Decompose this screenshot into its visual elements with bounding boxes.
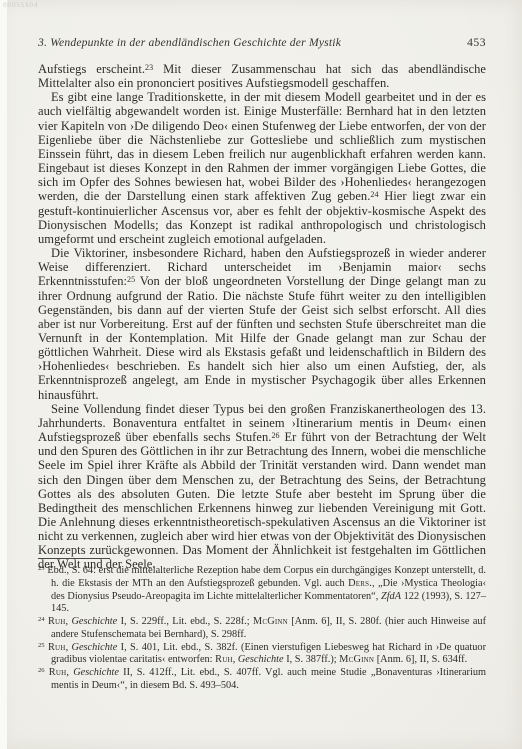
scan-edge-strip: [0, 0, 7, 749]
text-segment: Geschichte: [72, 642, 118, 653]
text-segment: Ruh: [215, 654, 233, 665]
body-text: Aufstiegs erscheint.23 Mit dieser Zusamm…: [38, 62, 486, 572]
text-segment: Es gibt eine lange Traditionskette, in d…: [38, 90, 486, 203]
footnote-number: 25: [38, 642, 45, 649]
text-segment: ZfdA: [381, 591, 401, 602]
text-segment: Ruh: [48, 642, 66, 653]
footnote-number: 24: [38, 616, 45, 623]
text-segment: Aufstiegs erscheint.: [38, 62, 145, 76]
footnote-ref: 24: [370, 190, 378, 199]
scan-id-stamp: 00055604: [3, 2, 38, 9]
footnote-26: 26 Ruh, Geschichte II, S. 412ff., Lit. e…: [38, 667, 486, 693]
footnote-25: 25 Ruh, Geschichte I, S. 401, Lit. ebd.,…: [38, 642, 486, 668]
text-segment: McGinn: [339, 654, 374, 665]
footnote-23: 23 Ebd., S. 64: erst die mittelalterlich…: [38, 565, 486, 616]
paragraph: Es gibt eine lange Traditionskette, in d…: [38, 90, 486, 246]
text-segment: Von der bloß ungeordneten Vorstellung de…: [38, 274, 486, 401]
text-segment: Ders.: [348, 578, 372, 589]
paragraph: Die Viktoriner, insbesondere Richard, ha…: [38, 246, 486, 402]
footnote-area: 23 Ebd., S. 64: erst die mittelalterlich…: [38, 558, 486, 693]
footnote-24: 24 Ruh, Geschichte I, S. 229ff., Lit. eb…: [38, 616, 486, 642]
text-segment: Geschichte: [238, 654, 284, 665]
text-segment: Geschichte: [72, 616, 118, 627]
footnote-separator-rule: [38, 558, 110, 559]
scanned-book-page: 00055604 3. Wendepunkte in der abendländ…: [0, 0, 522, 749]
paragraph: Aufstiegs erscheint.23 Mit dieser Zusamm…: [38, 62, 486, 90]
footnote-ref: 23: [145, 63, 153, 72]
text-segment: I, S. 387ff.);: [284, 654, 340, 665]
footnote-ref: 25: [127, 275, 135, 284]
running-header: 3. Wendepunkte in der abendländischen Ge…: [38, 36, 486, 49]
text-segment: I, S. 229ff., Lit. ebd., S. 228f.;: [117, 616, 253, 627]
page-number: 453: [467, 36, 486, 49]
chapter-title: 3. Wendepunkte in der abendländischen Ge…: [38, 36, 341, 49]
text-segment: Ruh: [48, 616, 66, 627]
footnote-number: 23: [38, 565, 45, 572]
paragraph: Seine Vollendung findet dieser Typus bei…: [38, 402, 486, 572]
text-segment: McGinn: [253, 616, 288, 627]
footnote-ref: 26: [271, 431, 279, 440]
footnotes: 23 Ebd., S. 64: erst die mittelalterlich…: [38, 565, 486, 693]
text-segment: [Anm. 6], II, S. 634ff.: [374, 654, 467, 665]
footnote-number: 26: [38, 667, 45, 674]
text-segment: Er führt von der Betrachtung der Welt un…: [38, 430, 486, 571]
text-segment: Geschichte: [73, 667, 119, 678]
text-segment: Ruh: [49, 667, 67, 678]
